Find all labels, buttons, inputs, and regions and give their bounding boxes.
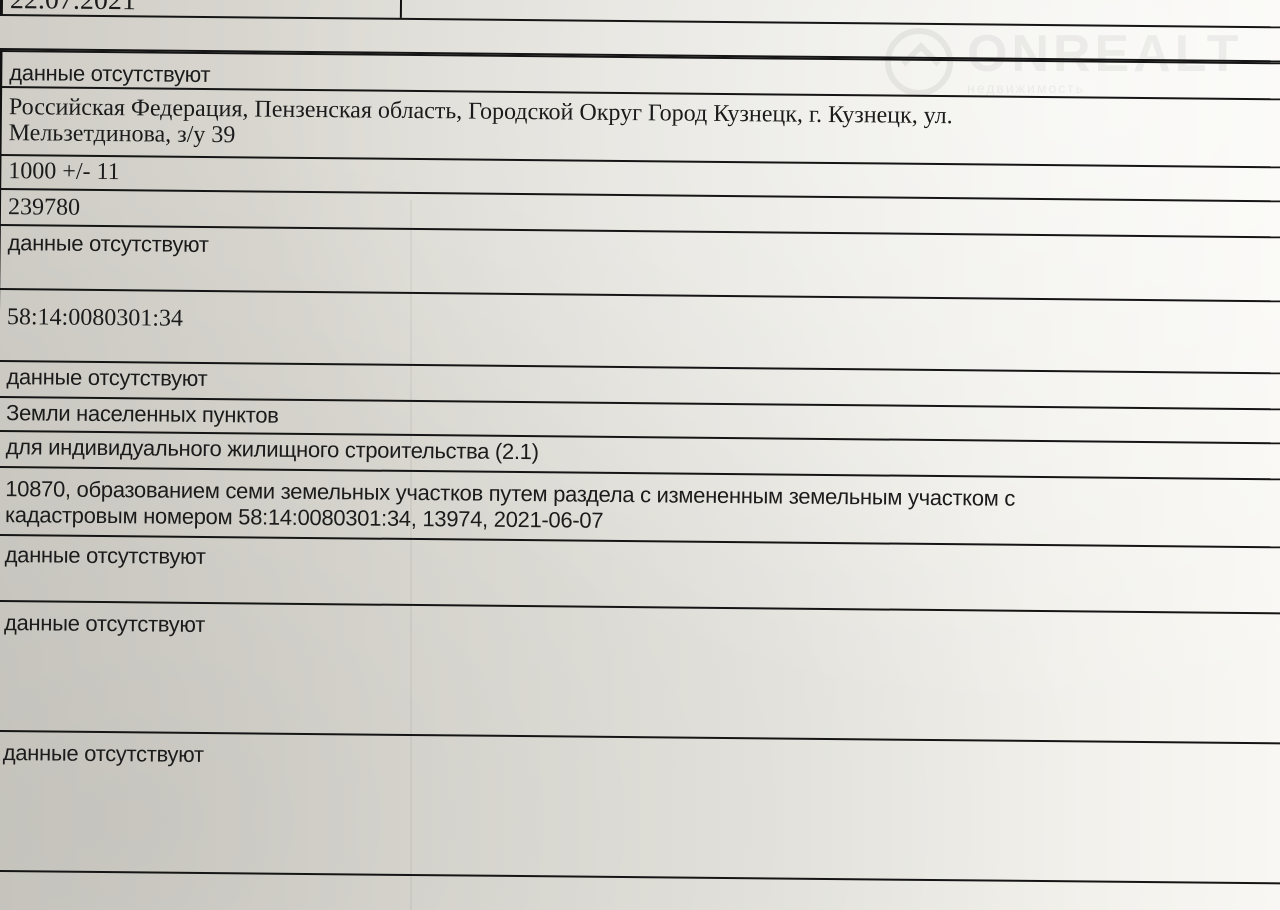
header-date: 22.07.2021 xyxy=(10,0,402,18)
table-row-cadastral-number: 58:14:0080301:34 xyxy=(0,290,1280,374)
cell-value: данные отсутствуют xyxy=(5,542,1280,580)
table-row-formation-info: 10870, образованием семи земельных участ… xyxy=(0,468,1280,548)
document-table: 22.07.2021 данные отсутствуют Российская… xyxy=(0,0,1280,884)
cadastral-value: 239780 xyxy=(8,194,1280,232)
table-row: данные отсутствуют xyxy=(0,536,1280,614)
cadastral-number: 58:14:0080301:34 xyxy=(7,304,1280,342)
table-row: данные отсутствуют xyxy=(0,602,1280,744)
cell-value: данные отсутствуют xyxy=(8,230,1280,268)
cell-value: данные отсутствуют xyxy=(3,740,1280,778)
table-row: данные отсутствуют xyxy=(0,732,1280,884)
table-row-address: Российская Федерация, Пензенская область… xyxy=(0,88,1280,168)
address-value: Российская Федерация, Пензенская область… xyxy=(9,94,1280,158)
cell-value: данные отсутствуют xyxy=(4,610,1280,648)
formation-info: 10870, образованием семи земельных участ… xyxy=(5,476,1280,540)
